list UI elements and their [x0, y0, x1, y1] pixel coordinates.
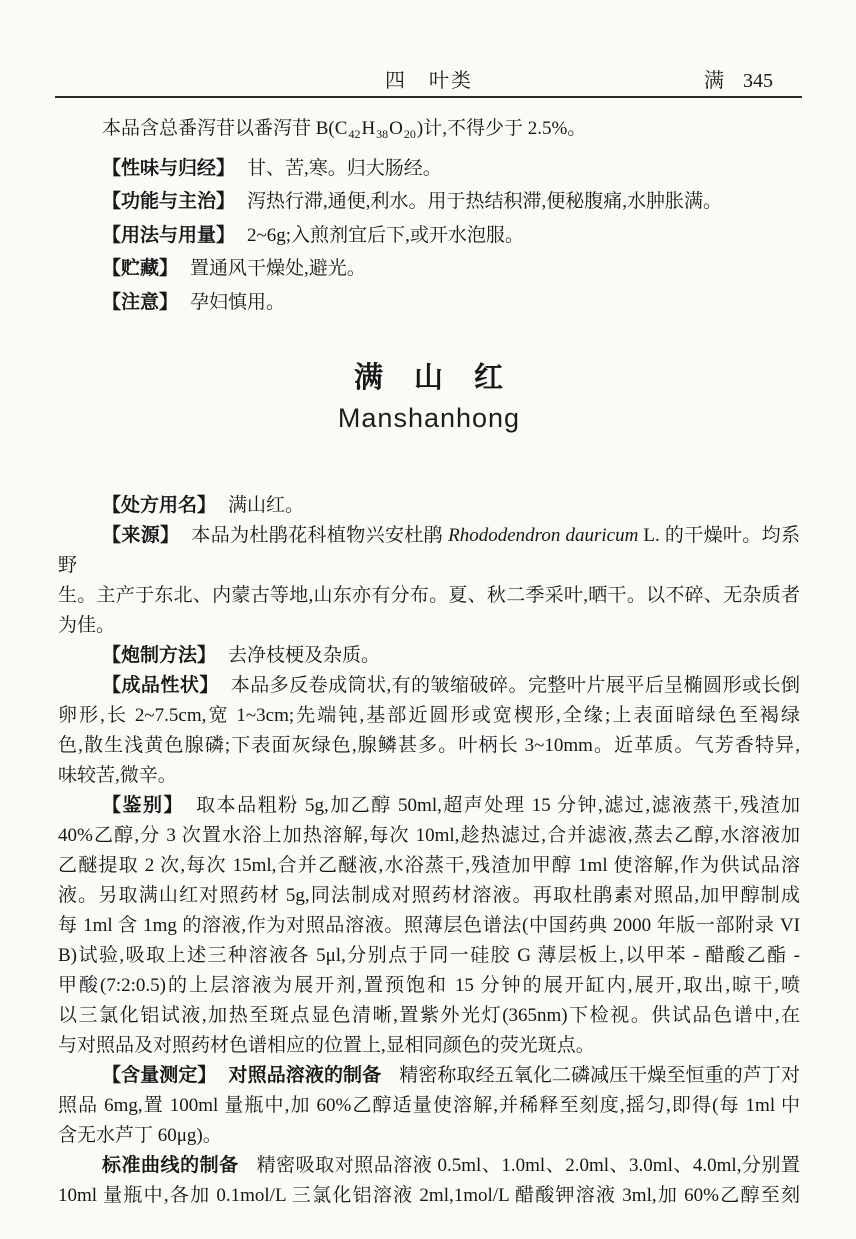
- entry-line-zhucang: 【贮藏】置通风干燥处,避光。: [58, 252, 800, 286]
- hanliang-line-3: 含无水芦丁 60μg)。: [58, 1121, 800, 1151]
- hanliang-line-2: 照品 6mg,置 100ml 量瓶中,加 60%乙醇适量使溶解,并稀释至刻度,摇…: [58, 1091, 800, 1121]
- subsection-heading: 标准曲线的制备: [102, 1155, 239, 1176]
- jianbie-line-6: B)试验,吸取上述三种溶液各 5μl,分别点于同一硅胶 G 薄层板上,以甲苯 -…: [58, 941, 800, 971]
- entry-text: 满山红。: [228, 495, 304, 516]
- entry-line-xingwei: 【性味与归经】甘、苦,寒。归大肠经。: [58, 152, 800, 186]
- entry-text: 精密称取经五氧化二磷减压干燥至恒重的芦丁对: [399, 1065, 800, 1086]
- section-label: 【贮藏】: [102, 258, 178, 279]
- laiyuan-line-3: 为佳。: [58, 611, 800, 641]
- entry-line-gongneng: 【功能与主治】泻热行滞,通便,利水。用于热结积滞,便秘腹痛,水肿胀满。: [58, 185, 800, 219]
- running-head-section-title: 四 叶类: [385, 64, 473, 93]
- jianbie-line-7: 甲酸(7:2:0.5)的上层溶液为展开剂,置预饱和 15 分钟的展开缸内,展开,…: [58, 971, 800, 1001]
- entry-text: 去净枝梗及杂质。: [228, 645, 380, 666]
- formula-subscript: 38: [376, 127, 388, 141]
- formula-element: H: [361, 118, 375, 139]
- jianbie-line-8: 以三氯化铝试液,加热至斑点显色清晰,置紫外光灯(365nm)下检视。供试品色谱中…: [58, 1001, 800, 1031]
- section-label: 【鉴别】: [102, 795, 184, 816]
- xingzhuang-line-3: 色,散生浅黄色腺磷;下表面灰绿色,腺鳞甚多。叶柄长 3~10mm。近革质。气芳香…: [58, 731, 800, 761]
- jianbie-line-5: 每 1ml 含 1mg 的溶液,作为对照品溶液。照薄层色谱法(中国药典 2000…: [58, 911, 800, 941]
- jianbie-line-4: 液。另取满山红对照药材 5g,同法制成对照药材溶液。再取杜鹃素对照品,加甲醇制成: [58, 881, 800, 911]
- section-label: 【性味与归经】: [102, 158, 235, 179]
- thumb-index-word: 满: [704, 70, 724, 92]
- section-label: 【功能与主治】: [102, 191, 235, 212]
- section-label: 【用法与用量】: [102, 225, 235, 246]
- xingzhuang-line-1: 【成品性状】本品多反卷成筒状,有的皱缩破碎。完整叶片展平后呈椭圆形或长倒: [58, 671, 800, 701]
- section-label: 【来源】: [102, 525, 179, 546]
- laiyuan-line-1: 【来源】本品为杜鹃花科植物兴安杜鹃 Rhododendron dauricum …: [58, 521, 800, 581]
- jianbie-line-2: 40%乙醇,分 3 次置水浴上加热溶解,每次 10ml,趁热滤过,合并滤液,蒸去…: [58, 821, 800, 851]
- entry-text: 精密吸取对照品溶液 0.5ml、1.0ml、2.0ml、3.0ml、4.0ml,…: [257, 1155, 800, 1176]
- page-number: 345: [743, 70, 773, 92]
- entry-text: 置通风干燥处,避光。: [190, 258, 366, 279]
- monograph-body: 【处方用名】满山红。 【来源】本品为杜鹃花科植物兴安杜鹃 Rhododendro…: [58, 491, 800, 1211]
- formula-element: O: [389, 118, 403, 139]
- section-label: 【含量测定】: [102, 1065, 217, 1086]
- monograph-title: 满 山 红: [58, 361, 800, 395]
- biaozhun-line-2: 10ml 量瓶中,各加 0.1mol/L 三氯化铝溶液 2ml,1mol/L 醋…: [58, 1181, 800, 1211]
- running-head-right: 满 345: [704, 64, 773, 93]
- entry-text: 本品为杜鹃花科植物兴安杜鹃: [191, 525, 448, 546]
- jianbie-line-1: 【鉴别】取本品粗粉 5g,加乙醇 50ml,超声处理 15 分钟,滤过,滤液蒸干…: [58, 791, 800, 821]
- jianbie-line-9: 与对照品及对照药材色谱相应的位置上,显相同颜色的荧光斑点。: [58, 1031, 800, 1061]
- formula-subscript: 42: [348, 127, 360, 141]
- entry-text: 本品多反卷成筒状,有的皱缩破碎。完整叶片展平后呈椭圆形或长倒: [231, 675, 800, 696]
- monograph-pinyin: Manshanhong: [58, 401, 800, 435]
- entry-text: 泻热行滞,通便,利水。用于热结积滞,便秘腹痛,水肿胀满。: [247, 191, 722, 212]
- running-head: 四 叶类 满 345: [58, 64, 800, 92]
- header-rule: [55, 96, 802, 98]
- assay-text: )计,不得少于 2.5%。: [417, 118, 586, 139]
- section-label: 【炮制方法】: [102, 645, 216, 666]
- book-page: 四 叶类 满 345 本品含总番泻苷以番泻苷 B(C42H38O20)计,不得少…: [0, 0, 856, 1239]
- entry-text: 2~6g;入煎剂宜后下,或开水泡服。: [247, 225, 524, 246]
- assay-text: 本品含总番泻苷以番泻苷 B(C: [102, 118, 347, 139]
- chufang-line: 【处方用名】满山红。: [58, 491, 800, 521]
- entry-line-yongfa: 【用法与用量】2~6g;入煎剂宜后下,或开水泡服。: [58, 219, 800, 253]
- subsection-heading: 对照品溶液的制备: [229, 1065, 382, 1086]
- assay-requirement-line: 本品含总番泻苷以番泻苷 B(C42H38O20)计,不得少于 2.5%。: [58, 112, 800, 152]
- section-label: 【成品性状】: [102, 675, 219, 696]
- jianbie-line-3: 乙醚提取 2 次,每次 15ml,合并乙醚液,水浴蒸干,残渣加甲醇 1ml 使溶…: [58, 851, 800, 881]
- species-latin-name: Rhododendron dauricum: [448, 525, 638, 546]
- formula-subscript: 20: [404, 127, 416, 141]
- section-label: 【注意】: [102, 292, 178, 313]
- entry-text: 取本品粗粉 5g,加乙醇 50ml,超声处理 15 分钟,滤过,滤液蒸干,残渣加: [196, 795, 800, 816]
- previous-monograph-tail: 本品含总番泻苷以番泻苷 B(C42H38O20)计,不得少于 2.5%。 【性味…: [58, 112, 800, 319]
- laiyuan-line-2: 生。主产于东北、内蒙古等地,山东亦有分布。夏、秋二季采叶,晒干。以不碎、无杂质者: [58, 581, 800, 611]
- entry-line-zhuyi: 【注意】孕妇慎用。: [58, 286, 800, 320]
- hanliang-line-1: 【含量测定】对照品溶液的制备精密称取经五氧化二磷减压干燥至恒重的芦丁对: [58, 1061, 800, 1091]
- paozhi-line: 【炮制方法】去净枝梗及杂质。: [58, 641, 800, 671]
- entry-text: 甘、苦,寒。归大肠经。: [247, 158, 442, 179]
- xingzhuang-line-4: 味较苦,微辛。: [58, 761, 800, 791]
- xingzhuang-line-2: 卵形,长 2~7.5cm,宽 1~3cm;先端钝,基部近圆形或宽楔形,全缘;上表…: [58, 701, 800, 731]
- entry-text: 孕妇慎用。: [190, 292, 285, 313]
- section-label: 【处方用名】: [102, 495, 216, 516]
- biaozhun-line-1: 标准曲线的制备精密吸取对照品溶液 0.5ml、1.0ml、2.0ml、3.0ml…: [58, 1151, 800, 1181]
